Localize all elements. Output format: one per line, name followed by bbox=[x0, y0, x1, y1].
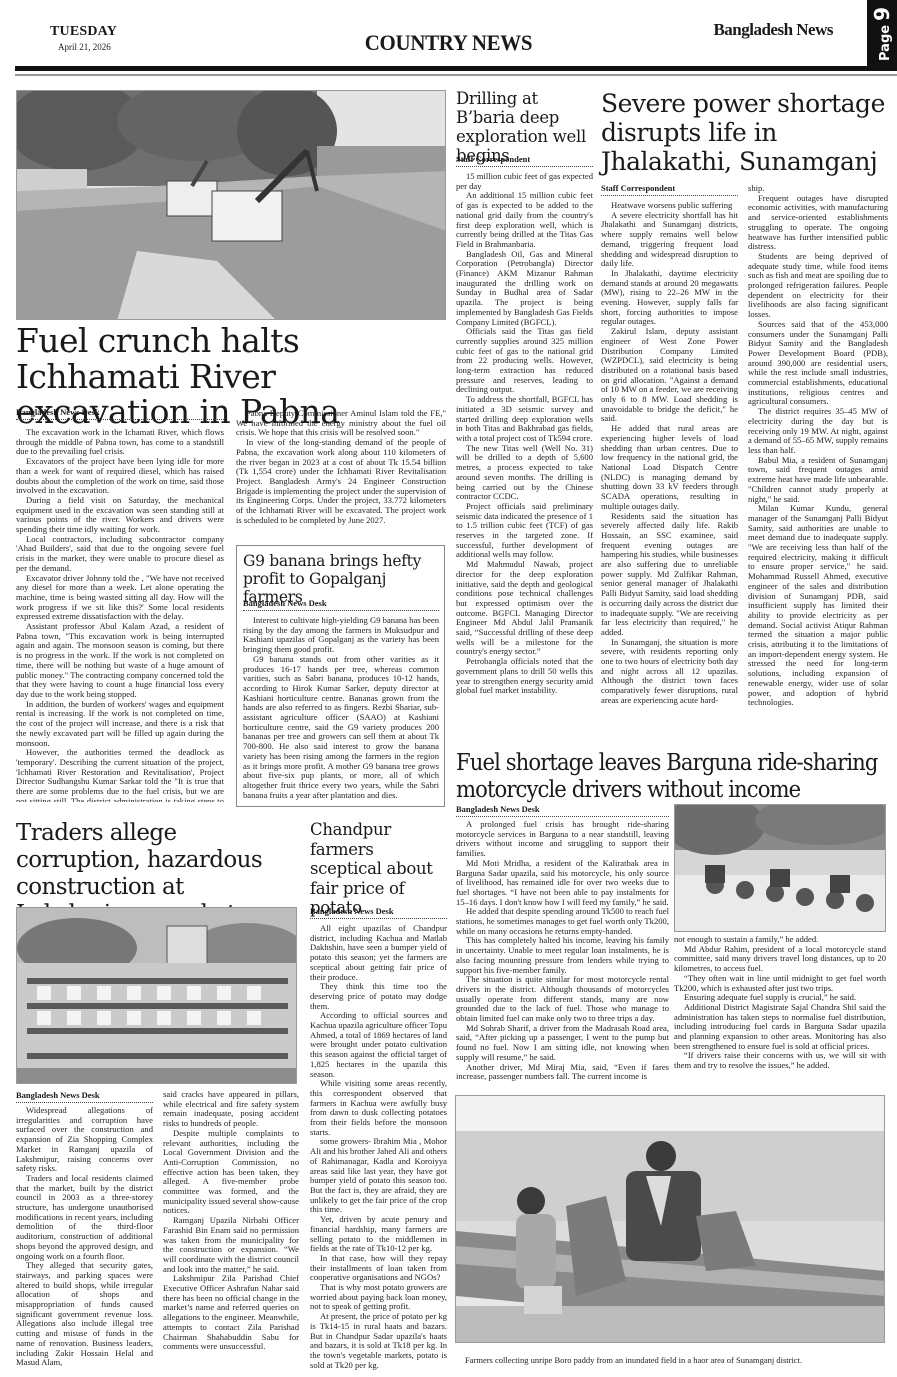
market-building-photo bbox=[16, 907, 297, 1084]
paragraph: 15 million cubic feet of gas expected pe… bbox=[456, 172, 593, 191]
paragraph: Despite multiple complaints to relevant … bbox=[163, 1129, 299, 1216]
paragraph: Ramganj Upazila Nirbahi Officer Farashid… bbox=[163, 1216, 299, 1274]
paragraph: Frequent outages have disrupted economic… bbox=[748, 194, 888, 252]
paragraph: Traders and local residents claimed that… bbox=[16, 1174, 153, 1261]
excavation-photo-image bbox=[17, 91, 446, 320]
paragraph: According to official sources and Kachua… bbox=[310, 1011, 447, 1079]
paragraph: Bangladesh Oil, Gas and Mineral Corporat… bbox=[456, 250, 593, 328]
paddy-boat-photo bbox=[455, 1095, 885, 1343]
chandpur-headline: Chandpur farmers sceptical about fair pr… bbox=[310, 820, 450, 918]
paddy-photo-caption: Farmers collecting unripe Boro paddy fro… bbox=[465, 1355, 885, 1365]
page-label: Page bbox=[878, 25, 893, 61]
paragraph: Md Sohrab Sharif, a driver from the Madr… bbox=[456, 1024, 669, 1063]
paragraph: said cracks have appeared in pillars, wh… bbox=[163, 1090, 299, 1129]
paragraph: Milan Kumar Kundu, general manager of th… bbox=[748, 504, 888, 708]
paragraph: Petrobangla officials noted that the gov… bbox=[456, 657, 593, 696]
paragraph: In Sunamganj, the situation is more seve… bbox=[601, 638, 738, 706]
paragraph: “They often wait in line until midnight … bbox=[674, 974, 886, 993]
paragraph: In that case, how will they repay their … bbox=[310, 1254, 447, 1283]
paragraph: Yet, driven by acute penury and financia… bbox=[310, 1215, 447, 1254]
fuel-station-photo bbox=[674, 804, 886, 932]
power-shortage-body-col1: Heatwave worsens public suffering A seve… bbox=[601, 201, 738, 739]
barguna-body-col2: not enough to sustain a family,” he adde… bbox=[674, 935, 886, 1082]
masthead: TUESDAY April 21, 2026 COUNTRY NEWS Bang… bbox=[0, 0, 897, 78]
page-number-tab: Page9 bbox=[867, 0, 897, 68]
paragraph: They think this time too the deserving p… bbox=[310, 982, 447, 1011]
paragraph: Babul Mia, a resident of Sunamganj town,… bbox=[748, 456, 888, 505]
chandpur-byline: Bangladesh News Desk bbox=[310, 906, 447, 919]
g9-banana-body: Interest to cultivate high-yielding G9 b… bbox=[243, 616, 439, 806]
ichhamati-body-col1: The excavation work in the Ichamati Rive… bbox=[16, 428, 224, 802]
ichhamati-byline: Bangladesh News Desk bbox=[16, 407, 224, 420]
barguna-headline: Fuel shortage leaves Barguna ride-sharin… bbox=[456, 750, 888, 804]
paragraph: Widespread allegations of irregularities… bbox=[16, 1106, 153, 1174]
chandpur-body: All eight upazilas of Chandpur district,… bbox=[310, 924, 447, 1371]
paragraph: Md Abdur Rahim, president of a local mot… bbox=[674, 945, 886, 974]
masthead-rule-thin bbox=[15, 74, 897, 76]
excavation-photo bbox=[16, 90, 446, 320]
power-shortage-headline: Severe power shortage disrupts life in J… bbox=[601, 89, 891, 176]
paragraph: A prolonged fuel crisis has brought ride… bbox=[456, 820, 669, 859]
paragraph: During a field visit on Saturday, the me… bbox=[16, 496, 224, 535]
paragraph: In Jhalakathi, daytime electricity deman… bbox=[601, 269, 738, 327]
paddy-boat-photo-image bbox=[456, 1096, 885, 1343]
paragraph: That is why most potato growers are worr… bbox=[310, 1283, 447, 1312]
paragraph: Project officials said preliminary seism… bbox=[456, 502, 593, 560]
paragraph: Assistant professor Abul Kalam Azad, a r… bbox=[16, 622, 224, 700]
paragraph: At present, the price of potato per kg i… bbox=[310, 1312, 447, 1370]
article-g9-banana: G9 banana brings hefty profit to Gopalga… bbox=[236, 545, 445, 807]
page-number: 9 bbox=[870, 7, 894, 21]
paragraph: some growers- Ibrahim Mia , Mohor Ali an… bbox=[310, 1137, 447, 1215]
paragraph: All eight upazilas of Chandpur district,… bbox=[310, 924, 447, 982]
bbaria-body: 15 million cubic feet of gas expected pe… bbox=[456, 172, 593, 734]
g9-banana-byline: Bangladesh News Desk bbox=[243, 598, 439, 611]
barguna-byline: Bangladesh News Desk bbox=[456, 804, 669, 817]
paragraph: G9 banana stands out from other varities… bbox=[243, 655, 439, 801]
paragraph: Additional District Magistrate Sajal Cha… bbox=[674, 1003, 886, 1052]
paragraph: Excavators of the project have been lyin… bbox=[16, 457, 224, 496]
paragraph: Officials said the Titas gas field curre… bbox=[456, 327, 593, 395]
paragraph: A severe electricity shortfall has hit J… bbox=[601, 211, 738, 269]
paragraph: To address the shortfall, BGFCL has init… bbox=[456, 395, 593, 444]
power-shortage-body-col2: ship. Frequent outages have disrupted ec… bbox=[748, 184, 888, 739]
lakshmipur-body-col2: said cracks have appeared in pillars, wh… bbox=[163, 1090, 299, 1371]
paragraph: They alleged that security gates, stairw… bbox=[16, 1261, 153, 1368]
paragraph: The excavation work in the Ichamati Rive… bbox=[16, 428, 224, 457]
market-building-photo-image bbox=[17, 908, 297, 1084]
paragraph: “If drivers raise their concerns with us… bbox=[674, 1051, 886, 1070]
paragraph: Pabna Deputy Commissioner Aminul Islam t… bbox=[236, 409, 446, 438]
lakshmipur-byline: Bangladesh News Desk bbox=[16, 1090, 153, 1103]
barguna-body-col1: A prolonged fuel crisis has brought ride… bbox=[456, 820, 669, 1082]
paragraph: The new Titas well (Well No. 31) will be… bbox=[456, 444, 593, 502]
power-shortage-byline: Staff Correspondent bbox=[601, 183, 738, 196]
paragraph: Students are being deprived of adequate … bbox=[748, 252, 888, 320]
paragraph: In view of the long-standing demand of t… bbox=[236, 438, 446, 525]
paragraph: An additional 15 million cubic feet of g… bbox=[456, 191, 593, 249]
bbaria-byline: Staff Correspondent bbox=[456, 154, 593, 167]
paragraph: Zakirul Islam, deputy assistant engineer… bbox=[601, 327, 738, 424]
paragraph: Sources said that of the 453,000 consume… bbox=[748, 320, 888, 407]
paragraph: The district requires 35–45 MW of electr… bbox=[748, 407, 888, 456]
paragraph: Another driver, Md Miraj Mia, said, “Eve… bbox=[456, 1063, 669, 1082]
fuel-station-photo-image bbox=[675, 805, 886, 932]
ichhamati-body-col2: Pabna Deputy Commissioner Aminul Islam t… bbox=[236, 409, 446, 539]
paragraph: He added that despite spending around Tk… bbox=[456, 907, 669, 936]
paragraph: Interest to cultivate high-yielding G9 b… bbox=[243, 616, 439, 655]
paragraph: Md Mahmudul Nawab, project director for … bbox=[456, 560, 593, 657]
masthead-rule-thick bbox=[15, 66, 897, 71]
paragraph: While visiting some areas recently, this… bbox=[310, 1079, 447, 1137]
lakshmipur-body-col1: Widespread allegations of irregularities… bbox=[16, 1106, 153, 1371]
paragraph: However, the authorities termed the dead… bbox=[16, 748, 224, 802]
paragraph: The situation is quite similar for most … bbox=[456, 975, 669, 1024]
paragraph: He added that rural areas are experienci… bbox=[601, 424, 738, 511]
paragraph: Residents said the situation has severel… bbox=[601, 512, 738, 638]
paragraph: In addition, the burden of workers' wage… bbox=[16, 700, 224, 749]
brand-name: Bangladesh News bbox=[713, 20, 833, 40]
paragraph: This has completely halted his income, l… bbox=[456, 936, 669, 975]
paragraph: Local contractors, including subcontract… bbox=[16, 535, 224, 574]
paragraph: Lakshmipur Zila Parishad Chief Executive… bbox=[163, 1274, 299, 1352]
paragraph: Excavator driver Johnny told the , "We h… bbox=[16, 574, 224, 623]
paragraph: Md Moti Mridha, a resident of the Kalira… bbox=[456, 859, 669, 908]
